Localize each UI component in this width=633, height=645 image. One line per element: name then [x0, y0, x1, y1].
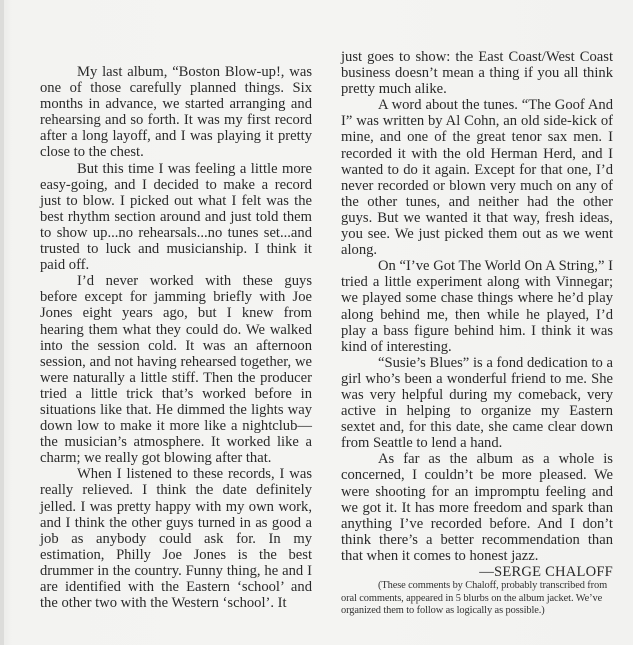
page-edge-shadow — [0, 0, 4, 645]
paragraph-tunes: A word about the tunes. “The Goof And I”… — [341, 97, 613, 258]
paragraph-continuation: just goes to show: the East Coast/West C… — [341, 49, 613, 97]
paragraph-susies-blues: “Susie’s Blues” is a fond dedication to … — [341, 355, 613, 452]
paragraph-world-on-a-string: On “I’ve Got The World On A String,” I t… — [341, 258, 613, 355]
paragraph-easy-going: But this time I was feeling a little mor… — [40, 161, 312, 274]
author-signature: —SERGE CHALOFF — [341, 564, 613, 580]
liner-notes-page: My last album, “Boston Blow-up!, was one… — [0, 0, 633, 645]
editorial-footnote: (These comments by Chaloff, probably tra… — [341, 580, 613, 618]
paragraph-album-whole: As far as the album as a whole is concer… — [341, 451, 613, 564]
paragraph-session: I’d never worked with these guys before … — [40, 273, 312, 466]
right-column: just goes to show: the East Coast/West C… — [341, 49, 613, 618]
paragraph-boston-blowup: My last album, “Boston Blow-up!, was one… — [40, 64, 312, 161]
paragraph-relieved: When I listened to these records, I was … — [40, 466, 312, 611]
left-column: My last album, “Boston Blow-up!, was one… — [40, 64, 312, 611]
